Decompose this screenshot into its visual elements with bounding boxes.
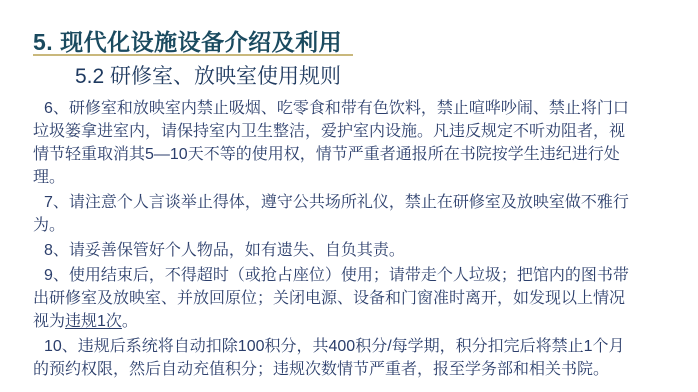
- rule-text-segment: 为。: [33, 217, 65, 234]
- rule-text-segment: 视为: [33, 313, 65, 330]
- rule-text-segment: 9、使用结束后，不得超时（或抢占座位）使用；请带走个人垃圾；把馆内的图书带: [44, 267, 629, 284]
- rule-paragraph: 8、请妥善保管好个人物品，如有遗失、自负其责。: [33, 239, 683, 262]
- rule-line: 7、请注意个人言谈举止得体，遵守公共场所礼仪，禁止在研修室及放映室做不雅行: [33, 191, 683, 214]
- rule-line: 垃圾篓拿进室内，请保持室内卫生整洁，爱护室内设施。凡违反规定不听劝阻者，视: [33, 120, 683, 143]
- rule-line: 6、研修室和放映室内禁止吸烟、吃零食和带有色饮料，禁止喧哗吵闹、禁止将门口: [33, 97, 683, 120]
- rule-paragraph: 10、违规后系统将自动扣除100积分，共400积分/每学期，积分扣完后将禁止1个…: [33, 335, 683, 381]
- rule-line: 的预约权限，然后自动充值积分；违规次数情节严重者，报至学务部和相关书院。: [33, 358, 683, 381]
- violation-count-underlined: 违规1次: [65, 313, 122, 330]
- rule-line: 8、请妥善保管好个人物品，如有遗失、自负其责。: [33, 239, 683, 262]
- rule-line: 出研修室及放映室、并放回原位；关闭电源、设备和门窗准时离开，如发现以上情况: [33, 287, 683, 310]
- rule-line: 视为违规1次。: [33, 310, 683, 333]
- slide-title: 5. 现代化设施设备介绍及利用: [33, 24, 342, 57]
- presentation-slide: 5. 现代化设施设备介绍及利用 5.2 研修室、放映室使用规则 6、研修室和放映…: [0, 0, 698, 392]
- rule-text-segment: 6、研修室和放映室内禁止吸烟、吃零食和带有色饮料，禁止喧哗吵闹、禁止将门口: [44, 100, 629, 117]
- rule-text-segment: 7、请注意个人言谈举止得体，遵守公共场所礼仪，禁止在研修室及放映室做不雅行: [44, 194, 629, 211]
- rule-line: 9、使用结束后，不得超时（或抢占座位）使用；请带走个人垃圾；把馆内的图书带: [33, 264, 683, 287]
- rule-line: 为。: [33, 214, 683, 237]
- rule-text-segment: 情节轻重取消其5—10天不等的使用权，情节严重者通报所在书院按学生违纪进行处: [33, 146, 620, 163]
- rule-text-segment: 垃圾篓拿进室内，请保持室内卫生整洁，爱护室内设施。凡违反规定不听劝阻者，视: [33, 123, 625, 140]
- rule-paragraph: 9、使用结束后，不得超时（或抢占座位）使用；请带走个人垃圾；把馆内的图书带出研修…: [33, 264, 683, 333]
- rule-text-segment: 10、违规后系统将自动扣除100积分，共400积分/每学期，积分扣完后将禁止1个…: [44, 338, 625, 355]
- rule-text-segment: 出研修室及放映室、并放回原位；关闭电源、设备和门窗准时离开，如发现以上情况: [33, 290, 625, 307]
- slide-subtitle: 5.2 研修室、放映室使用规则: [75, 60, 341, 90]
- rule-text-segment: 的预约权限，然后自动充值积分；违规次数情节严重者，报至学务部和相关书院。: [33, 361, 609, 378]
- title-underline: [33, 54, 353, 56]
- rule-paragraph: 7、请注意个人言谈举止得体，遵守公共场所礼仪，禁止在研修室及放映室做不雅行为。: [33, 191, 683, 237]
- rule-line: 10、违规后系统将自动扣除100积分，共400积分/每学期，积分扣完后将禁止1个…: [33, 335, 683, 358]
- rules-text: 6、研修室和放映室内禁止吸烟、吃零食和带有色饮料，禁止喧哗吵闹、禁止将门口垃圾篓…: [33, 97, 683, 383]
- rule-line: 情节轻重取消其5—10天不等的使用权，情节严重者通报所在书院按学生违纪进行处: [33, 143, 683, 166]
- rule-line: 理。: [33, 166, 683, 189]
- rule-paragraph: 6、研修室和放映室内禁止吸烟、吃零食和带有色饮料，禁止喧哗吵闹、禁止将门口垃圾篓…: [33, 97, 683, 189]
- rule-text-segment: 理。: [33, 169, 65, 186]
- rule-text-segment: 8、请妥善保管好个人物品，如有遗失、自负其责。: [44, 242, 405, 259]
- rule-text-segment: 。: [122, 313, 138, 330]
